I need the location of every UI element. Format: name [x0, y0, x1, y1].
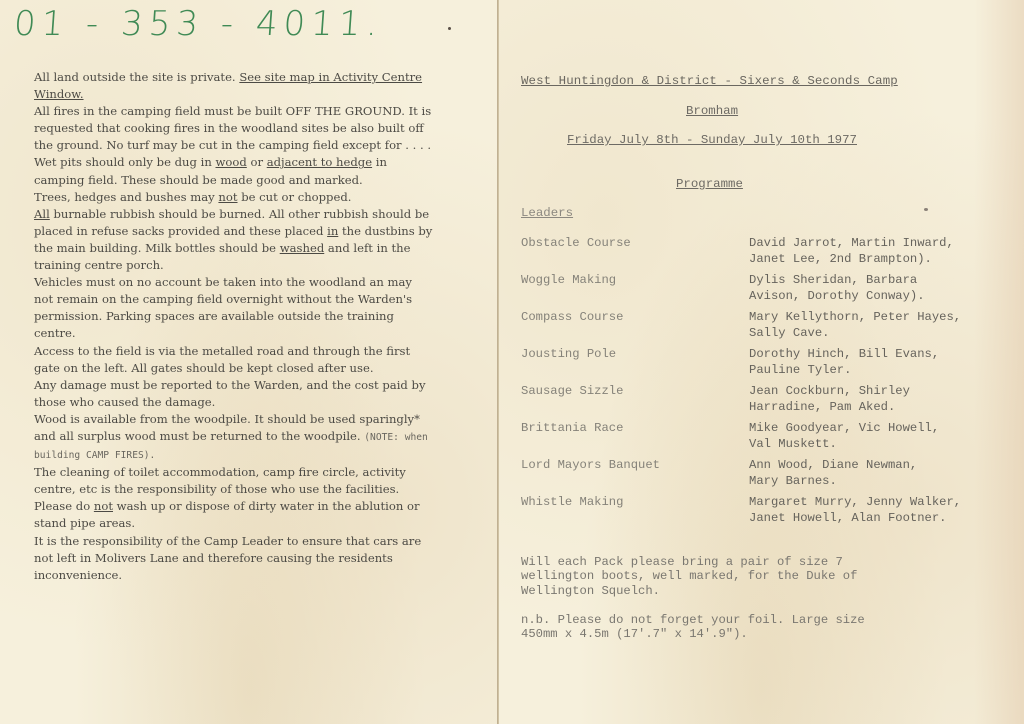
leaders-heading: Leaders	[521, 206, 573, 220]
activity-row: Woggle MakingDylis Sheridan, Barbara Avi…	[521, 273, 1016, 310]
activity-row: Obstacle CourseDavid Jarrot, Martin Inwa…	[521, 236, 1016, 273]
venue: Bromham	[686, 104, 738, 118]
underlined-text: not	[94, 499, 113, 513]
activities-table: Obstacle CourseDavid Jarrot, Martin Inwa…	[521, 236, 1016, 532]
document-title: West Huntingdon & District - Sixers & Se…	[521, 74, 898, 88]
camp-rule: All land outside the site is private. Se…	[34, 69, 434, 103]
ink-speck	[448, 27, 451, 30]
rule-text: Any damage must be reported to the Warde…	[34, 378, 426, 409]
activity-name: Lord Mayors Banquet	[521, 458, 749, 495]
camp-rule: Vehicles must on no account be taken int…	[34, 274, 434, 342]
camp-rule: Trees, hedges and bushes may not be cut …	[34, 189, 434, 206]
camp-rule: Please do not wash up or dispose of dirt…	[34, 498, 434, 532]
rule-text: Access to the field is via the metalled …	[34, 344, 410, 375]
underlined-text: not	[218, 190, 237, 204]
rule-text: Please do	[34, 499, 94, 513]
activity-row: Brittania RaceMike Goodyear, Vic Howell,…	[521, 421, 1016, 458]
camp-rule: The cleaning of toilet accommodation, ca…	[34, 464, 434, 498]
rule-text: The cleaning of toilet accommodation, ca…	[34, 465, 406, 496]
foil-reminder-note: n.b. Please do not forget your foil. Lar…	[521, 613, 991, 642]
activity-row: Lord Mayors BanquetAnn Wood, Diane Newma…	[521, 458, 1016, 495]
camp-rule: Access to the field is via the metalled …	[34, 343, 434, 377]
rule-text: or	[247, 155, 267, 169]
underlined-text: adjacent to hedge	[267, 155, 372, 169]
handwritten-phone-number: 01 - 353 - 4011.	[13, 4, 385, 44]
activity-name: Sausage Sizzle	[521, 384, 749, 421]
activity-leaders: Mike Goodyear, Vic Howell, Val Muskett.	[749, 421, 1016, 458]
activity-leaders: Dylis Sheridan, Barbara Avison, Dorothy …	[749, 273, 1016, 310]
activity-name: Jousting Pole	[521, 347, 749, 384]
rule-text: All land outside the site is private.	[34, 70, 239, 84]
camp-rules-list: All land outside the site is private. Se…	[34, 69, 434, 584]
activity-leaders: Mary Kellythorn, Peter Hayes, Sally Cave…	[749, 310, 1016, 347]
activity-name: Woggle Making	[521, 273, 749, 310]
rule-text: Wet pits should only be dug in	[34, 155, 216, 169]
camp-rule: All fires in the camping field must be b…	[34, 103, 434, 154]
activity-row: Compass CourseMary Kellythorn, Peter Hay…	[521, 310, 1016, 347]
activity-name: Whistle Making	[521, 495, 749, 532]
camp-rule: Any damage must be reported to the Warde…	[34, 377, 434, 411]
activity-name: Brittania Race	[521, 421, 749, 458]
activity-row: Whistle MakingMargaret Murry, Jenny Walk…	[521, 495, 1016, 532]
wellington-boots-note: Will each Pack please bring a pair of si…	[521, 555, 991, 598]
activity-name: Obstacle Course	[521, 236, 749, 273]
underlined-text: All	[34, 207, 50, 221]
activity-leaders: Jean Cockburn, Shirley Harradine, Pam Ak…	[749, 384, 1016, 421]
activity-leaders: Ann Wood, Diane Newman, Mary Barnes.	[749, 458, 1016, 495]
camp-rule: Wood is available from the woodpile. It …	[34, 411, 434, 464]
rule-text: Trees, hedges and bushes may	[34, 190, 218, 204]
event-dates: Friday July 8th - Sunday July 10th 1977	[567, 133, 857, 147]
activity-row: Sausage SizzleJean Cockburn, Shirley Har…	[521, 384, 1016, 421]
programme-heading: Programme	[676, 177, 743, 191]
activity-leaders: David Jarrot, Martin Inward, Janet Lee, …	[749, 236, 1016, 273]
activity-leaders: Margaret Murry, Jenny Walker, Janet Howe…	[749, 495, 1016, 532]
underlined-text: in	[327, 224, 338, 238]
camp-rule: Wet pits should only be dug in wood or a…	[34, 154, 434, 188]
rule-text: be cut or chopped.	[238, 190, 352, 204]
activity-row: Jousting PoleDorothy Hinch, Bill Evans, …	[521, 347, 1016, 384]
rule-text: Vehicles must on no account be taken int…	[34, 275, 412, 340]
activity-leaders: Dorothy Hinch, Bill Evans, Pauline Tyler…	[749, 347, 1016, 384]
underlined-text: wood	[216, 155, 247, 169]
activity-name: Compass Course	[521, 310, 749, 347]
camp-rule: It is the responsibility of the Camp Lea…	[34, 533, 434, 584]
camp-rule: All burnable rubbish should be burned. A…	[34, 206, 434, 274]
rule-text: It is the responsibility of the Camp Lea…	[34, 534, 421, 582]
page-fold	[497, 0, 499, 724]
ink-speck	[924, 208, 928, 211]
rule-text: Wood is available from the woodpile. It …	[34, 412, 420, 443]
underlined-text: washed	[280, 241, 325, 255]
rule-text: All fires in the camping field must be b…	[34, 104, 431, 152]
